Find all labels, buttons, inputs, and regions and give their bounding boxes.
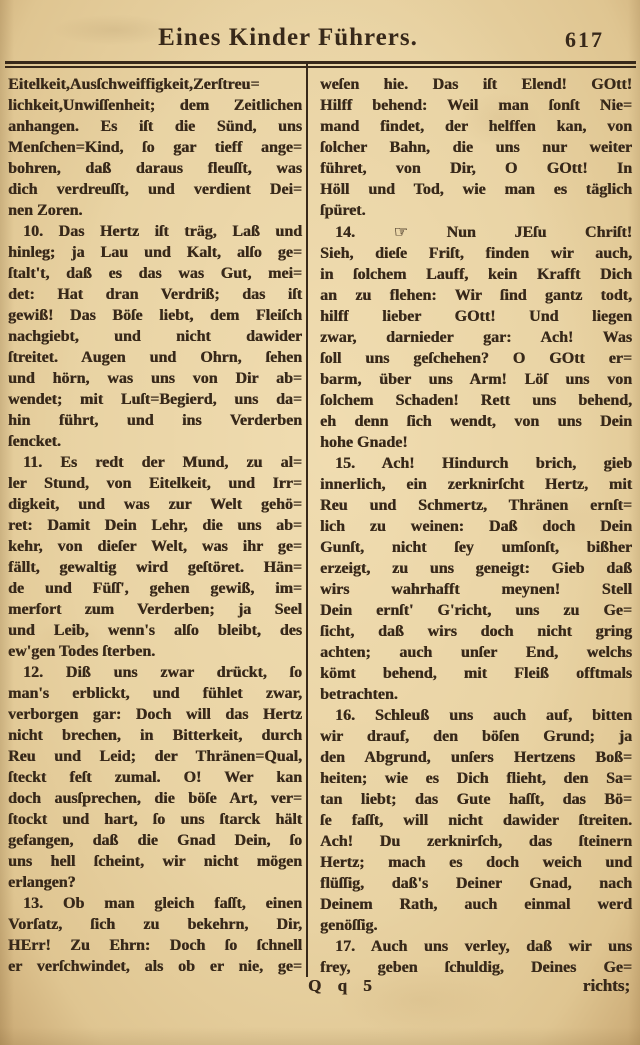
text-line: lichkeit,Unwiſſenheit; dem Zeitlichen — [8, 95, 302, 116]
text-line: uns hell ſcheint, wir nicht mögen — [8, 851, 302, 872]
text-line: Reu und Schmertz, Thränen ernſt= — [320, 495, 632, 516]
text-line: ſicht, daß wirs doch nicht gring — [320, 621, 632, 642]
text-line: nen Zoren. — [8, 200, 302, 221]
text-line: genöſſig. — [320, 915, 632, 936]
signature-mark: Q q 5 — [308, 976, 378, 996]
text-line: und Leib, wenn's alſo bleibt, des — [8, 620, 302, 641]
text-line: tan liebt; das Gute haſſt, das Bö= — [320, 789, 632, 810]
text-line: hilff lieber GOtt! Und liegen — [320, 306, 632, 327]
text-line: achten; auch unſer End, welchs — [320, 642, 632, 663]
running-title: Eines Kinder Führers. — [0, 24, 576, 52]
text-line: nachgiebt, und nicht dawider — [8, 326, 302, 347]
text-line: hin führt, und ins Verderben — [8, 410, 302, 431]
text-line: HErr! Zu Ehrn: Doch ſo ſchnell — [8, 935, 302, 956]
text-line: führet, von Dir, O GOtt! In — [320, 158, 632, 179]
text-line: ſtreitet. Augen und Ohrn, ſehen — [8, 347, 302, 368]
text-line: Hilff behend: Weil man ſonſt Nie= — [320, 95, 632, 116]
text-line: man's erblickt, und fühlet zwar, — [8, 683, 302, 704]
text-line: betrachten. — [320, 684, 632, 705]
text-line: erzeigt, zu uns geneigt: Gieb daß — [320, 558, 632, 579]
text-line: ew'gen Todes ſterben. — [8, 641, 302, 662]
text-line: hohe Gnade! — [320, 432, 632, 453]
text-line: eh denn ſich wendt, von uns Dein — [320, 411, 632, 432]
text-line: lich zu weinen: Daß doch Dein — [320, 516, 632, 537]
text-line: ler Stund, von Eitelkeit, und Irr= — [8, 473, 302, 494]
column-divider — [306, 63, 308, 977]
text-line: 17. Auch uns verley, daß wir uns — [320, 936, 632, 957]
text-line: Ach! Du zerknirſch, das ſteinern — [320, 831, 632, 852]
text-line: de und Füſſ', gehen gewiß, im= — [8, 578, 302, 599]
text-line: nicht brechen, in Bitterkeit, durch — [8, 725, 302, 746]
text-line: ſencket. — [8, 431, 302, 452]
text-line: weſen hie. Das iſt Elend! GOtt! — [320, 74, 632, 95]
text-line: erlangen? — [8, 872, 302, 893]
text-line: ſe faſſt, will nicht dawider ſtreiten. — [320, 810, 632, 831]
text-line: zwar, darnieder gar: Ach! Was — [320, 327, 632, 348]
text-line: kehr, von dieſer Welt, was ihr ge= — [8, 536, 302, 557]
header-rule-thin — [5, 66, 636, 68]
text-line: ſtalt't, daß es das was Gut, mei= — [8, 263, 302, 284]
text-line: mand findet, der helffen kan, von — [320, 116, 632, 137]
text-line: fällt, gewaltig wird geſtöret. Hän= — [8, 557, 302, 578]
text-line: anhangen. Es iſt die Sünd, uns — [8, 116, 302, 137]
text-line: wirs wahrhafft meynen! Stell — [320, 579, 632, 600]
manicule-icon: ☞ — [394, 222, 408, 241]
text-line: 10. Das Hertz iſt träg, Laß und — [8, 221, 302, 242]
text-line: 12. Diß uns zwar drückt, ſo — [8, 662, 302, 683]
text-line: ſolchem Schaden! Rett uns behend, — [320, 390, 632, 411]
text-line: verborgen gar: Doch will das Hertz — [8, 704, 302, 725]
text-line: heiten; wie es Dich flieht, den Sa= — [320, 768, 632, 789]
text-line: digkeit, und was zur Welt gehö= — [8, 494, 302, 515]
right-text-column: weſen hie. Das iſt Elend! GOtt!Hilff beh… — [320, 74, 632, 978]
text-line: wendet; mit Luſt=Begierd, uns da= — [8, 389, 302, 410]
text-line: Hertz; mach es doch weich und — [320, 852, 632, 873]
text-line: Gunſt, nicht ſey umſonſt, bißher — [320, 537, 632, 558]
text-line: Sieh, dieſe Friſt, finden wir auch, — [320, 243, 632, 264]
text-line: ſolcher Bahn, die uns nur weiter — [320, 137, 632, 158]
text-line: den Abgrund, unſers Hertzens Boß= — [320, 747, 632, 768]
text-line: und hörn, was uns von Dir ab= — [8, 368, 302, 389]
text-line: an zu flehen: Wir ſind gantz todt, — [320, 285, 632, 306]
book-page: Eines Kinder Führers. 617 Eitelkeit,Ausſ… — [0, 0, 640, 1045]
text-line: ſtockt und hart, ſo uns ſtarck hält — [8, 809, 302, 830]
text-line: in ſolchem Lauff, kein Krafft Dich — [320, 264, 632, 285]
header-rule-thick — [5, 61, 636, 64]
text-line: flüſſig, daß's Deiner Gnad, nach — [320, 873, 632, 894]
catchword: richts; — [583, 976, 630, 996]
text-line: Reu und Leid; der Thränen=Qual, — [8, 746, 302, 767]
text-line: Deinem Rath, auch einmal werd — [320, 894, 632, 915]
text-line: hinleg; ja Lau und Kalt, alſo ge= — [8, 242, 302, 263]
text-line: 13. Ob man gleich faſſt, einen — [8, 893, 302, 914]
text-line: Dein ernſt' G'richt, uns zu Ge= — [320, 600, 632, 621]
text-line: innerlich, ein zerknirſcht Hertz, mit — [320, 474, 632, 495]
left-text-column: Eitelkeit,Ausſchweiffigkeit,Zerſtreu=lic… — [8, 74, 302, 977]
text-line: barm, über uns Arm! Löſ uns von — [320, 369, 632, 390]
text-line: frey, geben ſchuldig, Deines Ge= — [320, 957, 632, 978]
text-line: Menſchen=Kind, ſo gar tieff ange= — [8, 137, 302, 158]
text-line: det: Hat dran Verdriß; das iſt — [8, 284, 302, 305]
text-line: 14. ☞ Nun JEſu Chriſt! — [320, 221, 632, 243]
text-line: er verſchwindet, als ob er nie, ge= — [8, 956, 302, 977]
page-footer: Q q 5 richts; — [8, 976, 632, 998]
text-line: gewiß! Das Böſe liebt, dem Fleiſch — [8, 305, 302, 326]
text-line: Vorſatz, ſich zu bekehrn, Dir, — [8, 914, 302, 935]
text-line: gefangen, daß die Gnad Dein, ſo — [8, 830, 302, 851]
text-line: merfort zum Verderben; ja Seel — [8, 599, 302, 620]
text-line: wir drauf, den böſen Grund; ja — [320, 726, 632, 747]
text-line: kömt behend, mit Fleiß offtmals — [320, 663, 632, 684]
text-line: Höll und Tod, wie man es täglich — [320, 179, 632, 200]
text-line: ſoll uns geſchehen? O GOtt er= — [320, 348, 632, 369]
text-line: dich verdreuſſt, und verdient Dei= — [8, 179, 302, 200]
text-line: ſteckt feſt zumal. O! Wer kan — [8, 767, 302, 788]
text-line: doch ausſprechen, die böſe Art, ver= — [8, 788, 302, 809]
text-line: 11. Es redt der Mund, zu al= — [8, 452, 302, 473]
text-line: 15. Ach! Hindurch brich, gieb — [320, 453, 632, 474]
text-line: 16. Schleuß uns auch auf, bitten — [320, 705, 632, 726]
text-line: Eitelkeit,Ausſchweiffigkeit,Zerſtreu= — [8, 74, 302, 95]
page-number: 617 — [565, 27, 604, 53]
text-line: bohren, daß daraus fleuſſt, was — [8, 158, 302, 179]
text-line: ſpüret. — [320, 200, 632, 221]
text-line: ret: Damit Dein Lehr, die uns ab= — [8, 515, 302, 536]
